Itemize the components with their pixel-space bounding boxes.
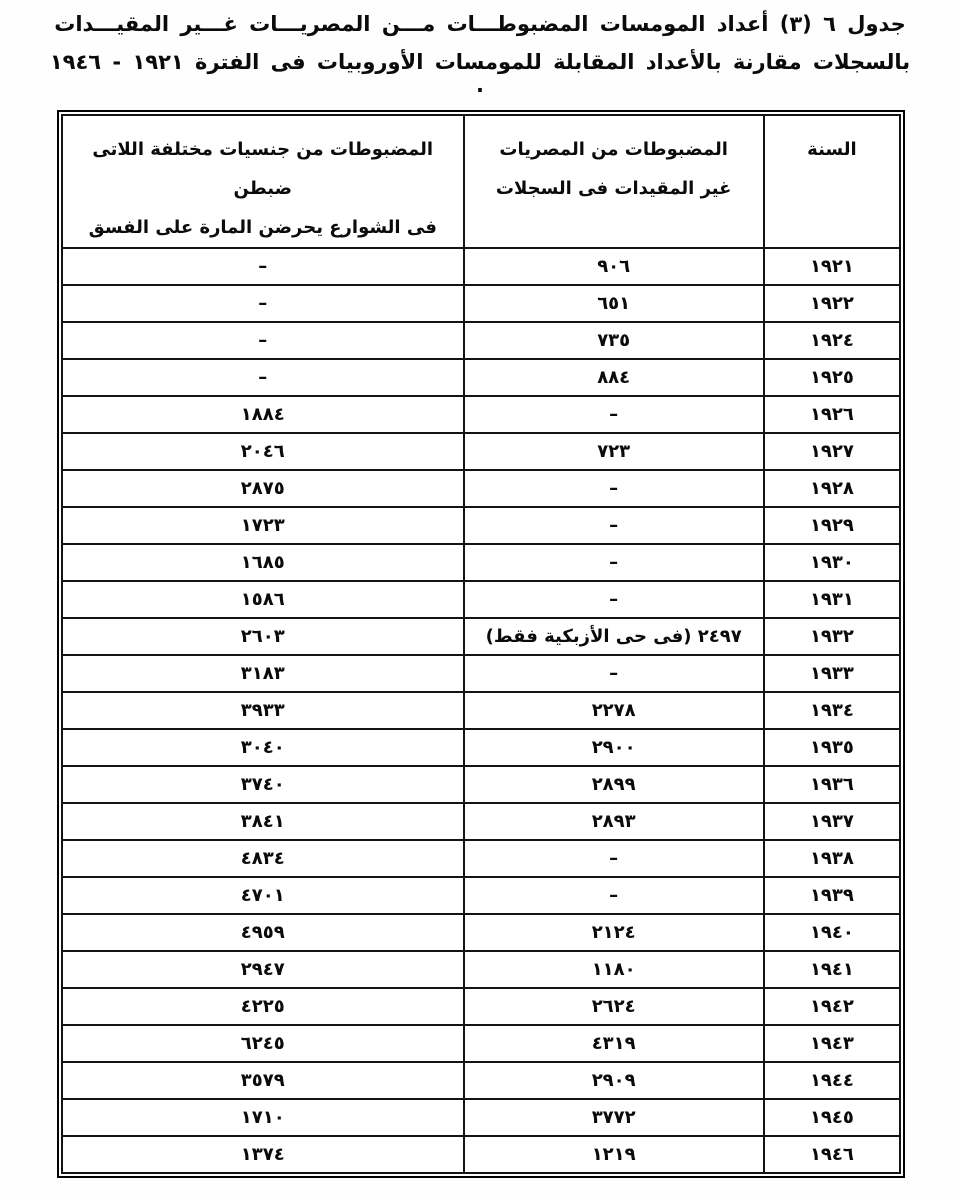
foreign-count-cell: ١٧١٠	[62, 1099, 464, 1136]
table-row: ١٩٣٨–٤٨٣٤	[62, 840, 900, 877]
egyptian-count-cell: –	[464, 507, 764, 544]
table-row: ١٩٤٠٢١٢٤٤٩٥٩	[62, 914, 900, 951]
table-row: ١٩٢٢٦٥١–	[62, 285, 900, 322]
data-table-frame: السنة المضبوطات من المصريات غير المقيدات…	[57, 110, 905, 1178]
foreign-count-cell: ٤٩٥٩	[62, 914, 464, 951]
egyptian-count-cell: –	[464, 581, 764, 618]
year-cell: ١٩٣٧	[764, 803, 900, 840]
egyptian-count-cell: ٤٣١٩	[464, 1025, 764, 1062]
year-cell: ١٩٢٨	[764, 470, 900, 507]
header-egyptian: المضبوطات من المصريات غير المقيدات فى ال…	[464, 115, 764, 248]
year-cell: ١٩٣٥	[764, 729, 900, 766]
egyptian-count-cell: ٢٤٩٧ (فى حى الأزبكية فقط)	[464, 618, 764, 655]
egyptian-count-cell: –	[464, 544, 764, 581]
table-row: ١٩٢٨–٢٨٧٥	[62, 470, 900, 507]
table-row: ١٩٣٩–٤٧٠١	[62, 877, 900, 914]
year-cell: ١٩٣٦	[764, 766, 900, 803]
egyptian-count-cell: ٢٩٠٩	[464, 1062, 764, 1099]
foreign-count-cell: ٣٥٧٩	[62, 1062, 464, 1099]
table-row: ١٩٣٢٢٤٩٧ (فى حى الأزبكية فقط)٢٦٠٣	[62, 618, 900, 655]
egyptian-count-cell: ٨٨٤	[464, 359, 764, 396]
table-head: السنة المضبوطات من المصريات غير المقيدات…	[62, 115, 900, 248]
table-row: ١٩٣٦٢٨٩٩٣٧٤٠	[62, 766, 900, 803]
header-year-label: السنة	[765, 131, 899, 170]
table-row: ١٩٢٦–١٨٨٤	[62, 396, 900, 433]
egyptian-count-cell: ٢٩٠٠	[464, 729, 764, 766]
table-row: ١٩٢١٩٠٦–	[62, 248, 900, 285]
foreign-count-cell: –	[62, 248, 464, 285]
header-foreign-line2: فى الشوارع يحرضن المارة على الفسق	[63, 209, 463, 248]
egyptian-count-cell: –	[464, 840, 764, 877]
table-row: ١٩٣٤٢٢٧٨٣٩٣٣	[62, 692, 900, 729]
foreign-count-cell: ٣٠٤٠	[62, 729, 464, 766]
foreign-count-cell: ٢٩٤٧	[62, 951, 464, 988]
table-body: ١٩٢١٩٠٦–١٩٢٢٦٥١–١٩٢٤٧٣٥–١٩٢٥٨٨٤–١٩٢٦–١٨٨…	[62, 248, 900, 1173]
foreign-count-cell: ٦٢٤٥	[62, 1025, 464, 1062]
egyptian-count-cell: ٦٥١	[464, 285, 764, 322]
egyptian-count-cell: ٩٠٦	[464, 248, 764, 285]
egyptian-count-cell: –	[464, 877, 764, 914]
year-cell: ١٩٤٥	[764, 1099, 900, 1136]
year-cell: ١٩٤١	[764, 951, 900, 988]
foreign-count-cell: ٤٨٣٤	[62, 840, 464, 877]
foreign-count-cell: ٣٨٤١	[62, 803, 464, 840]
table-row: ١٩٣٣–٣١٨٣	[62, 655, 900, 692]
table-row: ١٩٤٥٣٧٧٢١٧١٠	[62, 1099, 900, 1136]
table-row: ١٩٢٥٨٨٤–	[62, 359, 900, 396]
year-cell: ١٩٤٤	[764, 1062, 900, 1099]
table-caption-line1: جدول ٦ (٣) أعداد المومسات المضبوطـــات م…	[45, 13, 915, 36]
scanned-document-page: جدول ٦ (٣) أعداد المومسات المضبوطـــات م…	[0, 0, 960, 1200]
foreign-count-cell: ٣١٨٣	[62, 655, 464, 692]
foreign-count-cell: –	[62, 285, 464, 322]
foreign-count-cell: ٢٠٤٦	[62, 433, 464, 470]
year-cell: ١٩٣٢	[764, 618, 900, 655]
data-table: السنة المضبوطات من المصريات غير المقيدات…	[61, 114, 901, 1174]
foreign-count-cell: ٤٢٢٥	[62, 988, 464, 1025]
year-cell: ١٩٤٣	[764, 1025, 900, 1062]
year-cell: ١٩٣٩	[764, 877, 900, 914]
header-row: السنة المضبوطات من المصريات غير المقيدات…	[62, 115, 900, 248]
table-row: ١٩٤٣٤٣١٩٦٢٤٥	[62, 1025, 900, 1062]
foreign-count-cell: ١٥٨٦	[62, 581, 464, 618]
egyptian-count-cell: ٢٢٧٨	[464, 692, 764, 729]
egyptian-count-cell: –	[464, 470, 764, 507]
table-row: ١٩٤١١١٨٠٢٩٤٧	[62, 951, 900, 988]
egyptian-count-cell: ٧٢٣	[464, 433, 764, 470]
year-cell: ١٩٤٢	[764, 988, 900, 1025]
year-cell: ١٩٣٣	[764, 655, 900, 692]
foreign-count-cell: ٢٨٧٥	[62, 470, 464, 507]
egyptian-count-cell: ٢٨٩٩	[464, 766, 764, 803]
year-cell: ١٩٣٨	[764, 840, 900, 877]
foreign-count-cell: ١٣٧٤	[62, 1136, 464, 1173]
year-cell: ١٩٢٧	[764, 433, 900, 470]
year-cell: ١٩٢١	[764, 248, 900, 285]
egyptian-count-cell: ٣٧٧٢	[464, 1099, 764, 1136]
table-row: ١٩٢٧٧٢٣٢٠٤٦	[62, 433, 900, 470]
table-caption-line2: بالسجلات مقارنة بالأعداد المقابلة للمومس…	[45, 51, 915, 97]
year-cell: ١٩٣٤	[764, 692, 900, 729]
foreign-count-cell: ٣٧٤٠	[62, 766, 464, 803]
header-foreign-line1: المضبوطات من جنسيات مختلفة اللاتى ضبطن	[63, 131, 463, 208]
year-cell: ١٩٢٢	[764, 285, 900, 322]
header-foreign: المضبوطات من جنسيات مختلفة اللاتى ضبطن ف…	[62, 115, 464, 248]
table-row: ١٩٣٥٢٩٠٠٣٠٤٠	[62, 729, 900, 766]
year-cell: ١٩٣٠	[764, 544, 900, 581]
table-row: ١٩٢٩–١٧٢٣	[62, 507, 900, 544]
foreign-count-cell: ١٧٢٣	[62, 507, 464, 544]
egyptian-count-cell: ٧٣٥	[464, 322, 764, 359]
header-year: السنة	[764, 115, 900, 248]
foreign-count-cell: –	[62, 359, 464, 396]
egyptian-count-cell: ١١٨٠	[464, 951, 764, 988]
table-row: ١٩٤٤٢٩٠٩٣٥٧٩	[62, 1062, 900, 1099]
table-row: ١٩٢٤٧٣٥–	[62, 322, 900, 359]
table-caption: جدول ٦ (٣) أعداد المومسات المضبوطـــات م…	[0, 0, 960, 97]
egyptian-count-cell: ٢١٢٤	[464, 914, 764, 951]
year-cell: ١٩٤٦	[764, 1136, 900, 1173]
year-cell: ١٩٣١	[764, 581, 900, 618]
egyptian-count-cell: ٢٨٩٣	[464, 803, 764, 840]
foreign-count-cell: ٤٧٠١	[62, 877, 464, 914]
foreign-count-cell: ٢٦٠٣	[62, 618, 464, 655]
year-cell: ١٩٢٤	[764, 322, 900, 359]
year-cell: ١٩٤٠	[764, 914, 900, 951]
table-row: ١٩٤٦١٢١٩١٣٧٤	[62, 1136, 900, 1173]
table-row: ١٩٣٧٢٨٩٣٣٨٤١	[62, 803, 900, 840]
header-egyptian-line2: غير المقيدات فى السجلات	[465, 170, 763, 209]
year-cell: ١٩٢٩	[764, 507, 900, 544]
year-cell: ١٩٢٥	[764, 359, 900, 396]
header-egyptian-line1: المضبوطات من المصريات	[465, 131, 763, 170]
foreign-count-cell: ١٦٨٥	[62, 544, 464, 581]
egyptian-count-cell: –	[464, 396, 764, 433]
foreign-count-cell: –	[62, 322, 464, 359]
egyptian-count-cell: ١٢١٩	[464, 1136, 764, 1173]
year-cell: ١٩٢٦	[764, 396, 900, 433]
egyptian-count-cell: ٢٦٢٤	[464, 988, 764, 1025]
foreign-count-cell: ١٨٨٤	[62, 396, 464, 433]
egyptian-count-cell: –	[464, 655, 764, 692]
table-row: ١٩٤٢٢٦٢٤٤٢٢٥	[62, 988, 900, 1025]
table-row: ١٩٣٠–١٦٨٥	[62, 544, 900, 581]
table-row: ١٩٣١–١٥٨٦	[62, 581, 900, 618]
foreign-count-cell: ٣٩٣٣	[62, 692, 464, 729]
